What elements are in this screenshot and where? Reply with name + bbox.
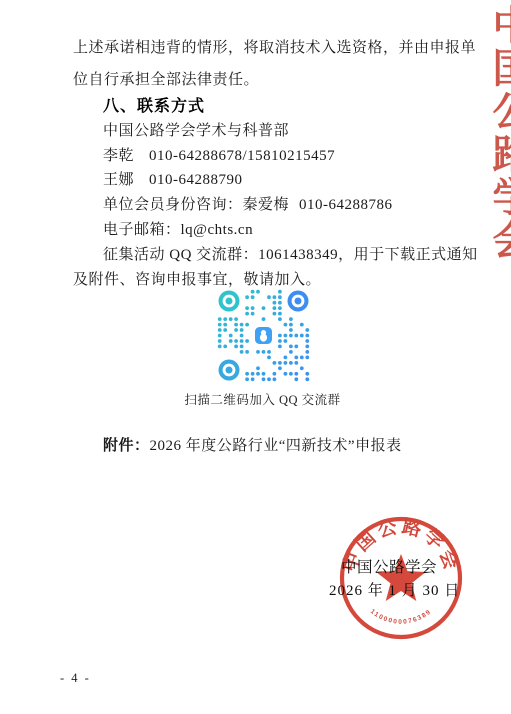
attachment-title: 2026 年度公路行业“四新技术”申报表	[150, 438, 402, 454]
qr-finder-bottom-left	[219, 360, 240, 381]
document-page: 上述承诺相违背的情形，将取消技术入选资格，并由申报单 位自行承担全部法律责任。 …	[0, 0, 511, 714]
contact-phone: 010-64288790	[149, 172, 243, 188]
contact-line: 王娜010-64288790	[103, 170, 243, 190]
qr-finder-top-left	[219, 291, 240, 312]
qr-caption: 扫描二维码加入 QQ 交流群	[175, 390, 350, 408]
attachment-line: 附件：2026 年度公路行业“四新技术”申报表	[103, 434, 402, 455]
contact-name: 李乾	[103, 148, 134, 164]
qq-group-line: 及附件、咨询申报事宜，敬请加入。	[73, 270, 321, 290]
svg-text:1100000076389: 1100000076389	[369, 608, 433, 626]
member-consult-name: 秦爱梅	[243, 197, 290, 213]
body-paragraph-line: 位自行承担全部法律责任。	[73, 70, 259, 90]
qq-penguin-icon	[255, 327, 272, 344]
qr-code-image	[217, 289, 310, 382]
qq-group-line: 征集活动 QQ 交流群：1061438349，用于下载正式通知	[103, 245, 478, 265]
email-line: 电子邮箱：lq@chts.cn	[103, 220, 253, 240]
signature-organization: 中国公路学会	[341, 555, 437, 577]
member-consult-label: 单位会员身份咨询：	[103, 197, 243, 213]
department-line: 中国公路学会学术与科普部	[103, 121, 289, 141]
qr-finder-top-right	[288, 291, 309, 312]
signature-date: 2026 年 1 月 30 日	[329, 579, 460, 600]
page-number: - 4 -	[60, 671, 91, 686]
contact-phone: 010-64288678/15810215457	[149, 148, 335, 164]
seam-seal-text: 中国公路学会	[488, 4, 511, 262]
seal-serial-number: 1100000076389	[369, 608, 433, 626]
contact-name: 王娜	[103, 172, 134, 188]
attachment-label: 附件：	[103, 437, 150, 454]
official-seal: 中国公路学会 1100000076389	[331, 508, 471, 648]
member-consult-line: 单位会员身份咨询：秦爱梅010-64288786	[103, 195, 393, 215]
member-consult-phone: 010-64288786	[299, 197, 393, 213]
section-heading: 八、联系方式	[103, 97, 205, 117]
contact-line: 李乾010-64288678/15810215457	[103, 146, 335, 166]
email-value: lq@chts.cn	[181, 222, 254, 238]
body-paragraph-line: 上述承诺相违背的情形，将取消技术入选资格，并由申报单	[73, 38, 476, 58]
email-label: 电子邮箱：	[103, 222, 181, 238]
qq-qr-code	[217, 289, 310, 382]
